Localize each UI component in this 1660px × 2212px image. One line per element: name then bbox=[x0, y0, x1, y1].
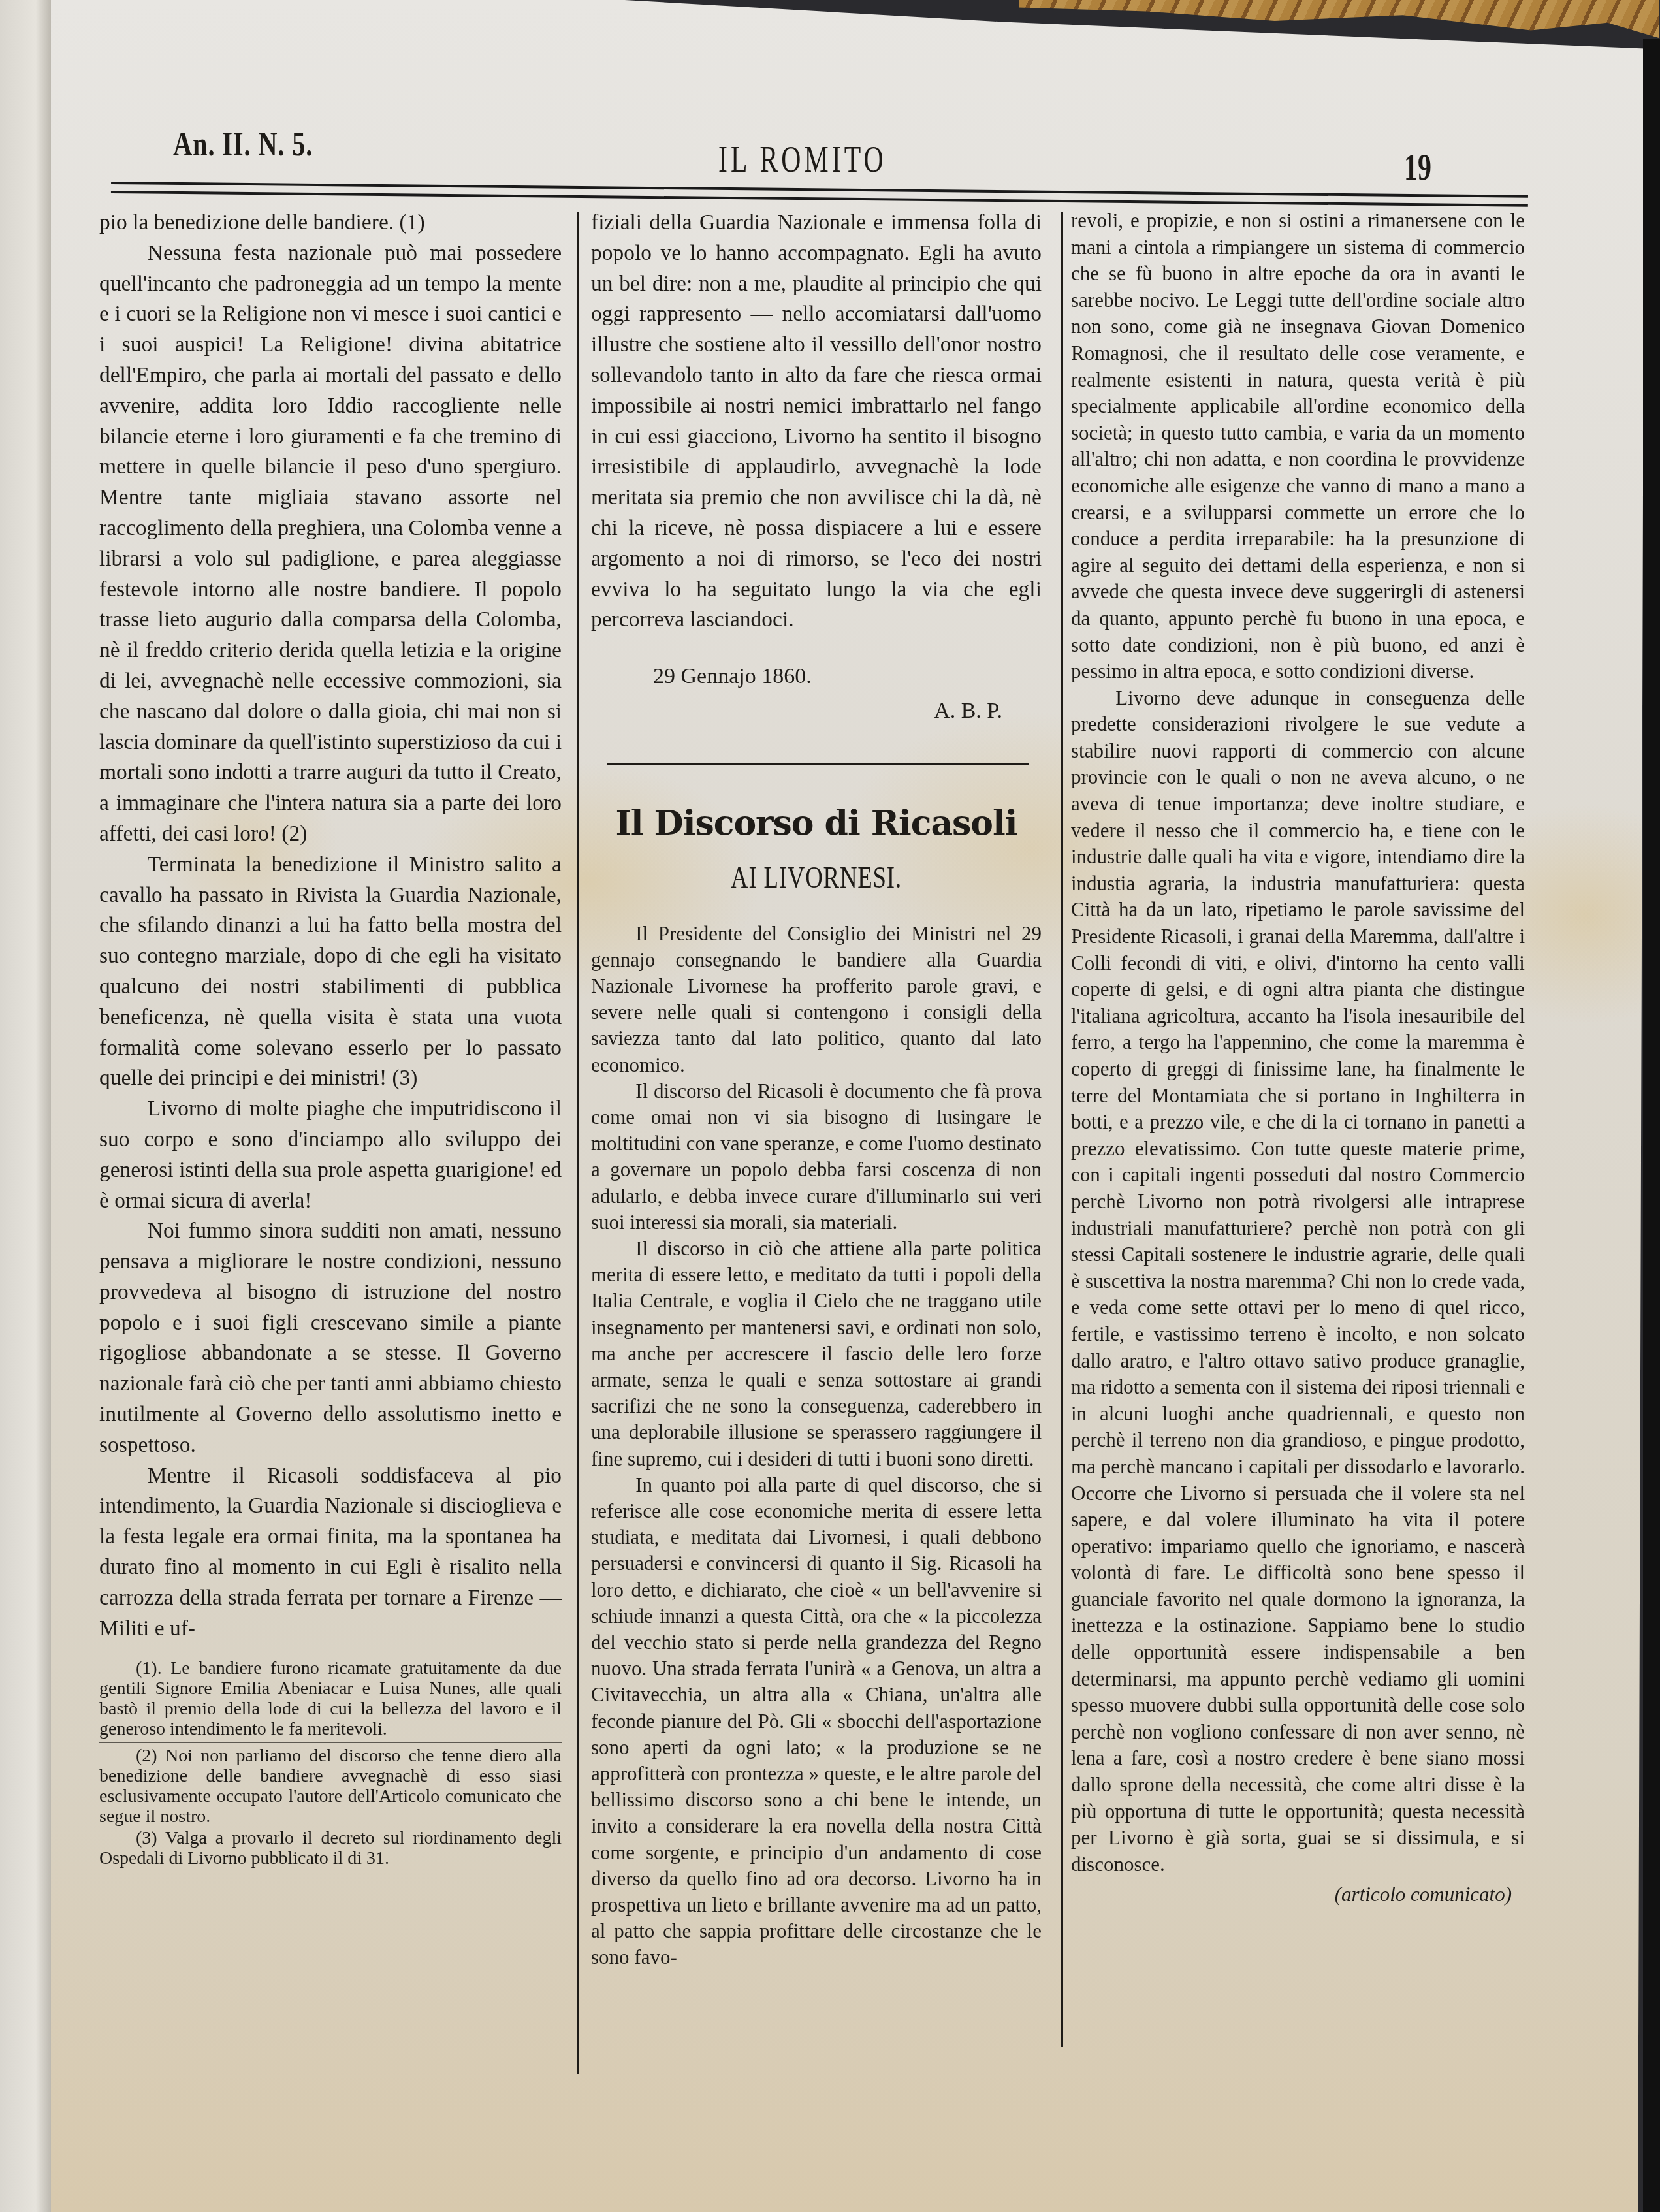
paragraph: Il discorso in ciò che attiene alla part… bbox=[591, 1236, 1042, 1472]
masthead-title: IL ROMITO bbox=[718, 137, 887, 181]
author-signature: A. B. P. bbox=[591, 696, 1042, 727]
column-3: revoli, e propizie, e non si ostini a ri… bbox=[1071, 208, 1525, 1908]
article-signoff: (articolo comunicato) bbox=[1071, 1882, 1525, 1908]
paragraph: In quanto poi alla parte di quel discors… bbox=[591, 1472, 1042, 1971]
page-shadow bbox=[1643, 39, 1660, 2212]
column-divider bbox=[1061, 212, 1063, 2047]
paragraph: Mentre il Ricasoli soddisfaceva al pio i… bbox=[99, 1461, 562, 1644]
footnote: (2) Noi non parliamo del discorso che te… bbox=[99, 1746, 562, 1827]
column-1: pio la benedizione delle bandiere. (1) N… bbox=[99, 208, 562, 1870]
page-header: An. II. N. 5. IL ROMITO 19 bbox=[98, 111, 1567, 183]
page-number: 19 bbox=[1404, 147, 1431, 189]
footnotes: (1). Le bandiere furono ricamate gratuit… bbox=[99, 1658, 562, 1868]
paragraph: Livorno deve adunque in conseguenza dell… bbox=[1071, 685, 1525, 1878]
footnote-divider bbox=[99, 1742, 562, 1743]
column-2: fiziali della Guardia Nazionale e immens… bbox=[591, 208, 1042, 1971]
paragraph: revoli, e propizie, e non si ostini a ri… bbox=[1071, 208, 1525, 685]
paragraph: Il Presidente del Consiglio dei Ministri… bbox=[591, 921, 1042, 1078]
paragraph: Noi fummo sinora sudditi non amati, ness… bbox=[99, 1216, 562, 1460]
paragraph: pio la benedizione delle bandiere. (1) bbox=[99, 208, 562, 238]
footnote: (1). Le bandiere furono ricamate gratuit… bbox=[99, 1658, 562, 1739]
column-divider bbox=[577, 212, 579, 2074]
footnote: (3) Valga a provarlo il decreto sul rior… bbox=[99, 1828, 562, 1868]
paragraph: Terminata la benedizione il Ministro sal… bbox=[99, 850, 562, 1094]
dateline: 29 Gennajo 1860. bbox=[591, 662, 1042, 692]
article-body: Il Presidente del Consiglio dei Ministri… bbox=[591, 921, 1042, 1971]
paragraph: Il discorso del Ricasoli è documento che… bbox=[591, 1078, 1042, 1236]
paragraph: Nessuna festa nazionale può mai posseder… bbox=[99, 238, 562, 850]
article-subtitle: AI LIVORNESI. bbox=[636, 863, 997, 893]
issue-number: An. II. N. 5. bbox=[173, 125, 313, 164]
section-divider bbox=[607, 763, 1029, 765]
paragraph: Livorno di molte piaghe che imputridisco… bbox=[99, 1094, 562, 1216]
adjacent-page-edge bbox=[0, 0, 51, 2212]
paragraph: fiziali della Guardia Nazionale e immens… bbox=[591, 208, 1042, 635]
article-title: Il Discorso di Ricasoli bbox=[591, 804, 1042, 843]
